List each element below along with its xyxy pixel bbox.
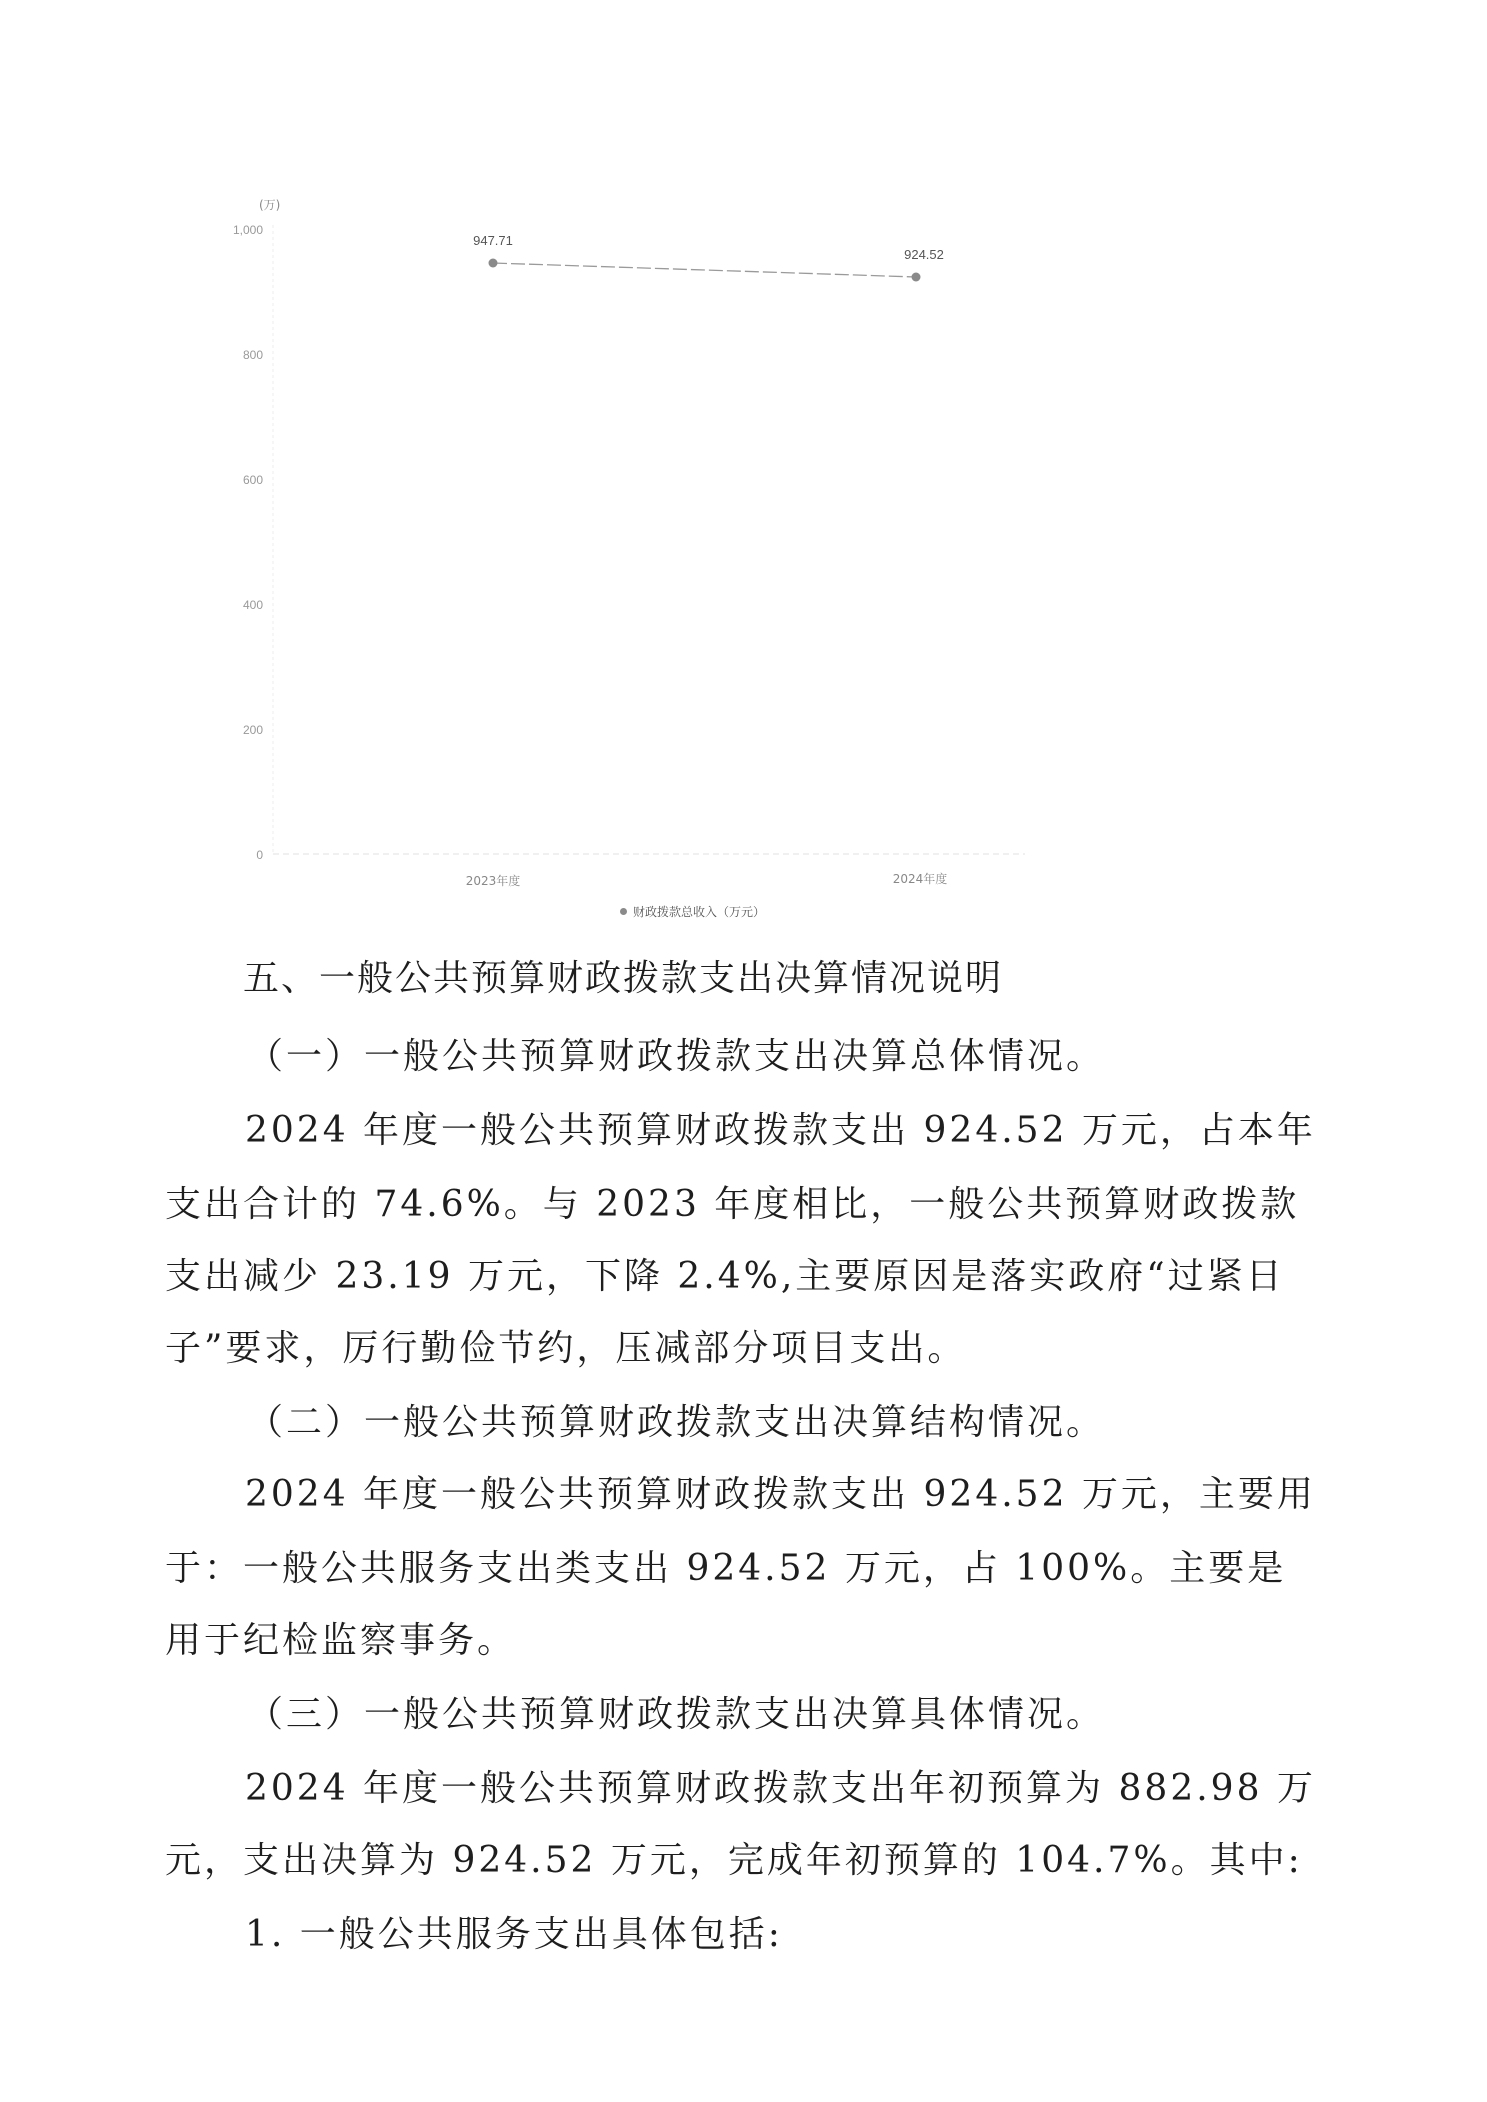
y-tick-1000: 1,000	[213, 223, 263, 237]
y-tick-600: 600	[213, 473, 263, 487]
x-tick-2024: 2024年度	[893, 870, 948, 887]
paragraph-1-line-1: 2024 年度一般公共预算财政拨款支出 924.52 万元，占本年	[245, 1102, 1316, 1153]
data-label-2023: 947.71	[473, 233, 513, 248]
subsection-2-title: （二）一般公共预算财政拨款支出决算结构情况。	[247, 1394, 1105, 1445]
data-point-2023	[489, 259, 498, 268]
legend-marker-icon	[620, 908, 627, 915]
paragraph-1-line-3: 支出减少 23.19 万元，下降 2.4%,主要原因是落实政府“过紧日	[165, 1248, 1285, 1299]
y-tick-200: 200	[213, 723, 263, 737]
paragraph-3-line-2: 元，支出决算为 924.52 万元，完成年初预算的 104.7%。其中:	[165, 1832, 1303, 1883]
list-item-1: 1. 一般公共服务支出具体包括:	[245, 1906, 783, 1957]
y-tick-800: 800	[213, 348, 263, 362]
y-tick-0: 0	[213, 848, 263, 862]
data-label-2024: 924.52	[904, 247, 944, 262]
line-chart: (万) 1,000 800 600 400 200 0 947.71 924.5…	[0, 0, 1487, 930]
legend-label: 财政拨款总收入（万元）	[633, 903, 765, 920]
subsection-3-title: （三）一般公共预算财政拨款支出决算具体情况。	[247, 1686, 1105, 1737]
paragraph-2-line-2: 于：一般公共服务支出类支出 924.52 万元，占 100%。主要是	[165, 1540, 1286, 1591]
data-point-2024	[912, 273, 921, 282]
y-axis-unit-label: (万)	[259, 196, 280, 213]
paragraph-3-line-1: 2024 年度一般公共预算财政拨款支出年初预算为 882.98 万	[245, 1760, 1316, 1811]
series-line	[493, 263, 916, 277]
y-tick-400: 400	[213, 598, 263, 612]
paragraph-1-line-2: 支出合计的 74.6%。与 2023 年度相比，一般公共预算财政拨款	[165, 1176, 1299, 1227]
paragraph-1-line-4: 子”要求，厉行勤俭节约，压减部分项目支出。	[165, 1320, 966, 1371]
paragraph-2-line-1: 2024 年度一般公共预算财政拨款支出 924.52 万元，主要用	[245, 1466, 1316, 1517]
paragraph-2-line-3: 用于纪检监察事务。	[165, 1612, 516, 1663]
x-tick-2023: 2023年度	[466, 872, 521, 889]
subsection-1-title: （一）一般公共预算财政拨款支出决算总体情况。	[247, 1028, 1105, 1079]
chart-legend: 财政拨款总收入（万元）	[620, 903, 765, 920]
chart-plot-area	[0, 0, 1487, 930]
section-title: 五、一般公共预算财政拨款支出决算情况说明	[243, 950, 1003, 1001]
